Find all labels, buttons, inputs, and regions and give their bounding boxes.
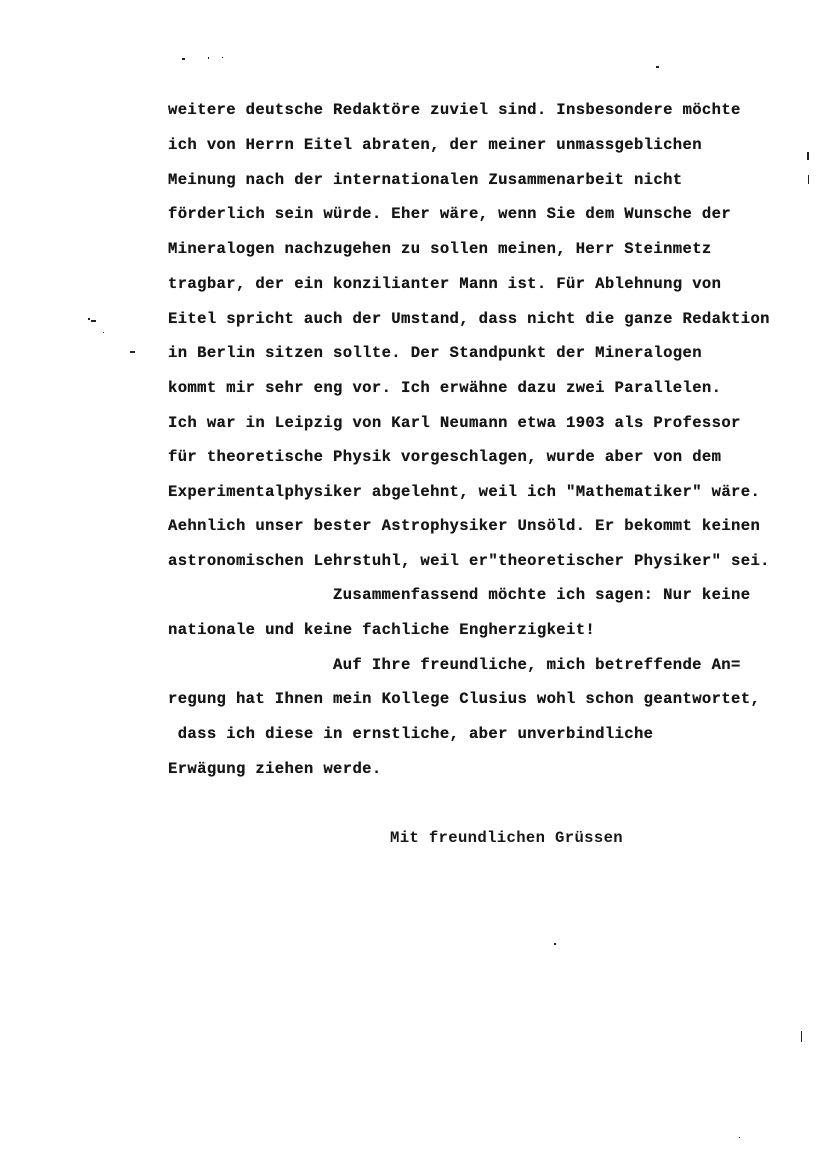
letter-line: nationale und keine fachliche Engherzigk… [168, 620, 595, 640]
document-page: weitere deutsche Redaktöre zuviel sind. … [0, 0, 825, 1169]
letter-line: weitere deutsche Redaktöre zuviel sind. … [168, 100, 741, 120]
letter-line: regung hat Ihnen mein Kollege Clusius wo… [168, 689, 760, 709]
letter-closing: Mit freundlichen Grüssen [390, 828, 623, 848]
letter-line: dass ich diese in ernstliche, aber unver… [168, 724, 653, 744]
scan-speck [807, 152, 809, 160]
scan-speck [182, 58, 185, 60]
scan-speck [91, 320, 96, 322]
letter-line: für theoretische Physik vorgeschlagen, w… [168, 447, 721, 467]
letter-line: Eitel spricht auch der Umstand, dass nic… [168, 309, 770, 329]
letter-line: in Berlin sitzen sollte. Der Standpunkt … [168, 343, 702, 363]
letter-line: Meinung nach der internationalen Zusamme… [168, 170, 683, 190]
scan-speck [130, 351, 135, 353]
letter-line: astronomischen Lehrstuhl, weil er"theore… [168, 551, 770, 571]
letter-line: Experimentalphysiker abgelehnt, weil ich… [168, 482, 760, 502]
scan-speck [554, 943, 556, 945]
letter-line: ich von Herrn Eitel abraten, der meiner … [168, 135, 702, 155]
letter-line: Mineralogen nachzugehen zu sollen meinen… [168, 239, 712, 259]
scan-speck [208, 57, 209, 59]
scan-speck [222, 57, 223, 58]
scan-speck [801, 1031, 802, 1042]
letter-line-indented: Zusammenfassend möchte ich sagen: Nur ke… [333, 585, 750, 605]
scan-speck [103, 332, 104, 333]
letter-line: Aehnlich unser bester Astrophysiker Unsö… [168, 516, 760, 536]
scan-speck [656, 66, 659, 68]
letter-line: Erwägung ziehen werde. [168, 759, 382, 779]
letter-line: tragbar, der ein konzilianter Mann ist. … [168, 274, 721, 294]
scan-speck [808, 175, 809, 184]
letter-line: förderlich sein würde. Eher wäre, wenn S… [168, 204, 731, 224]
scan-speck [739, 1137, 740, 1138]
letter-line: Ich war in Leipzig von Karl Neumann etwa… [168, 413, 741, 433]
letter-line-indented: Auf Ihre freundliche, mich betreffende A… [333, 655, 741, 675]
scan-speck [88, 318, 90, 320]
letter-line: kommt mir sehr eng vor. Ich erwähne dazu… [168, 378, 721, 398]
